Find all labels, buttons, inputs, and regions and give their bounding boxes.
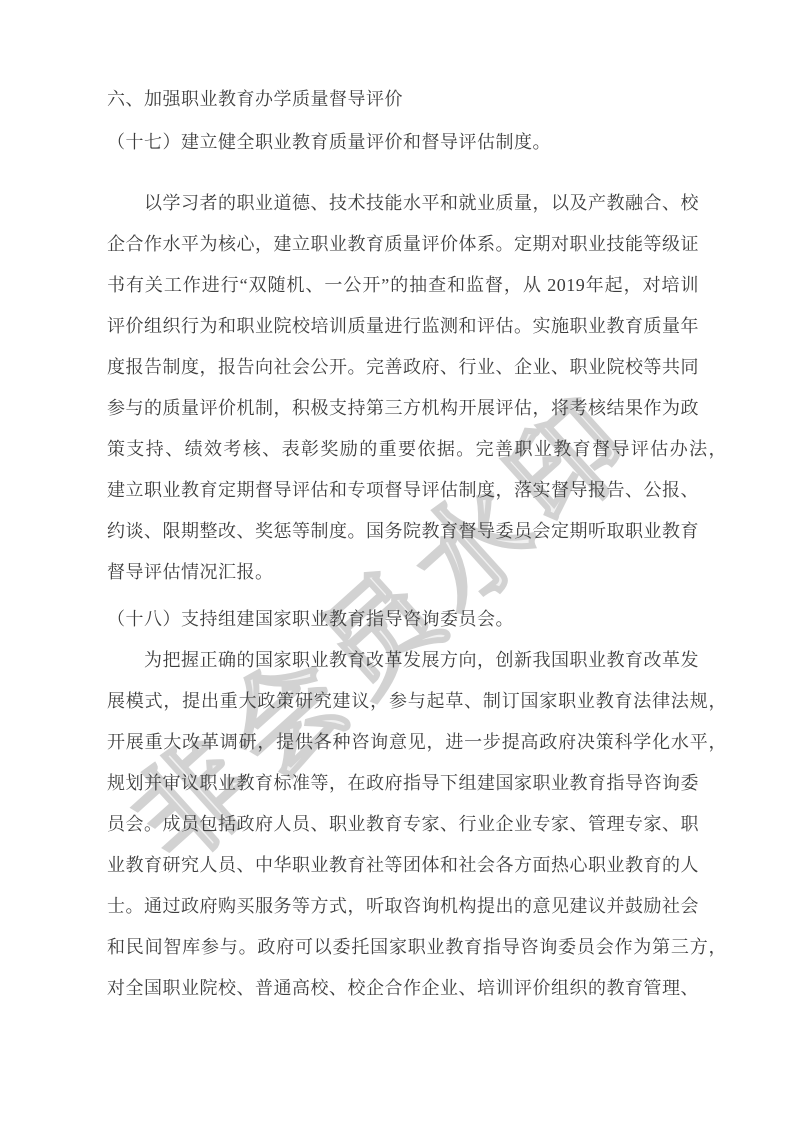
subsection-heading-18: （十八）支持组建国家职业教育指导咨询委员会。: [107, 599, 699, 640]
text-line: 开展重大改革调研，提供各种咨询意见，进一步提高政府决策科学化水平，: [107, 722, 727, 763]
section-heading: 六、加强职业教育办学质量督导评价: [107, 79, 699, 120]
subsection-heading-17-text: （十七）建立健全职业教育质量评价和督导评估制度。: [107, 122, 699, 163]
text-line: 对全国职业院校、普通高校、校企合作企业、培训评价组织的教育管理、: [107, 968, 699, 1009]
text-line: 书有关工作进行“双随机、一公开”的抽查和监督，从 2019年起，对培训: [107, 265, 699, 306]
text-line: 士。通过政府购买服务等方式，听取咨询机构提出的意见建议并鼓励社会: [107, 886, 699, 927]
document-page: 非会员水印 六、加强职业教育办学质量督导评价 （十七）建立健全职业教育质量评价和…: [0, 0, 794, 1123]
text-line: 业教育研究人员、中华职业教育社等团体和社会各方面热心职业教育的人: [107, 845, 699, 886]
text-line: 企合作水平为核心，建立职业教育质量评价体系。定期对职业技能等级证: [107, 224, 699, 265]
text-line: 约谈、限期整改、奖惩等制度。国务院教育督导委员会定期听取职业教育: [107, 511, 699, 552]
text-line: 以学习者的职业道德、技术技能水平和就业质量，以及产教融合、校: [107, 183, 699, 224]
text-line: 规划并审议职业教育标准等，在政府指导下组建国家职业教育指导咨询委: [107, 763, 699, 804]
text-line: 为把握正确的国家职业教育改革发展方向，创新我国职业教育改革发: [107, 640, 699, 681]
subsection-heading-17: （十七）建立健全职业教育质量评价和督导评估制度。: [107, 122, 699, 163]
paragraph-18: 为把握正确的国家职业教育改革发展方向，创新我国职业教育改革发 展模式，提出重大政…: [107, 640, 699, 1009]
section-heading-text: 六、加强职业教育办学质量督导评价: [107, 79, 699, 120]
text-line: 展模式，提出重大政策研究建议，参与起草、制订国家职业教育法律法规，: [107, 681, 727, 722]
text-line: 督导评估情况汇报。: [107, 552, 699, 593]
paragraph-17: 以学习者的职业道德、技术技能水平和就业质量，以及产教融合、校 企合作水平为核心，…: [107, 183, 699, 593]
text-line: 员会。成员包括政府人员、职业教育专家、行业企业专家、管理专家、职: [107, 804, 699, 845]
text-line: 参与的质量评价机制，积极支持第三方机构开展评估，将考核结果作为政: [107, 388, 699, 429]
text-line: 建立职业教育定期督导评估和专项督导评估制度，落实督导报告、公报、: [107, 470, 699, 511]
text-line: 评价组织行为和职业院校培训质量进行监测和评估。实施职业教育质量年: [107, 306, 699, 347]
subsection-heading-18-text: （十八）支持组建国家职业教育指导咨询委员会。: [107, 599, 699, 640]
text-line: 和民间智库参与。政府可以委托国家职业教育指导咨询委员会作为第三方，: [107, 927, 727, 968]
text-line: 度报告制度，报告向社会公开。完善政府、行业、企业、职业院校等共同: [107, 347, 699, 388]
text-line: 策支持、绩效考核、表彰奖励的重要依据。完善职业教育督导评估办法，: [107, 429, 727, 470]
